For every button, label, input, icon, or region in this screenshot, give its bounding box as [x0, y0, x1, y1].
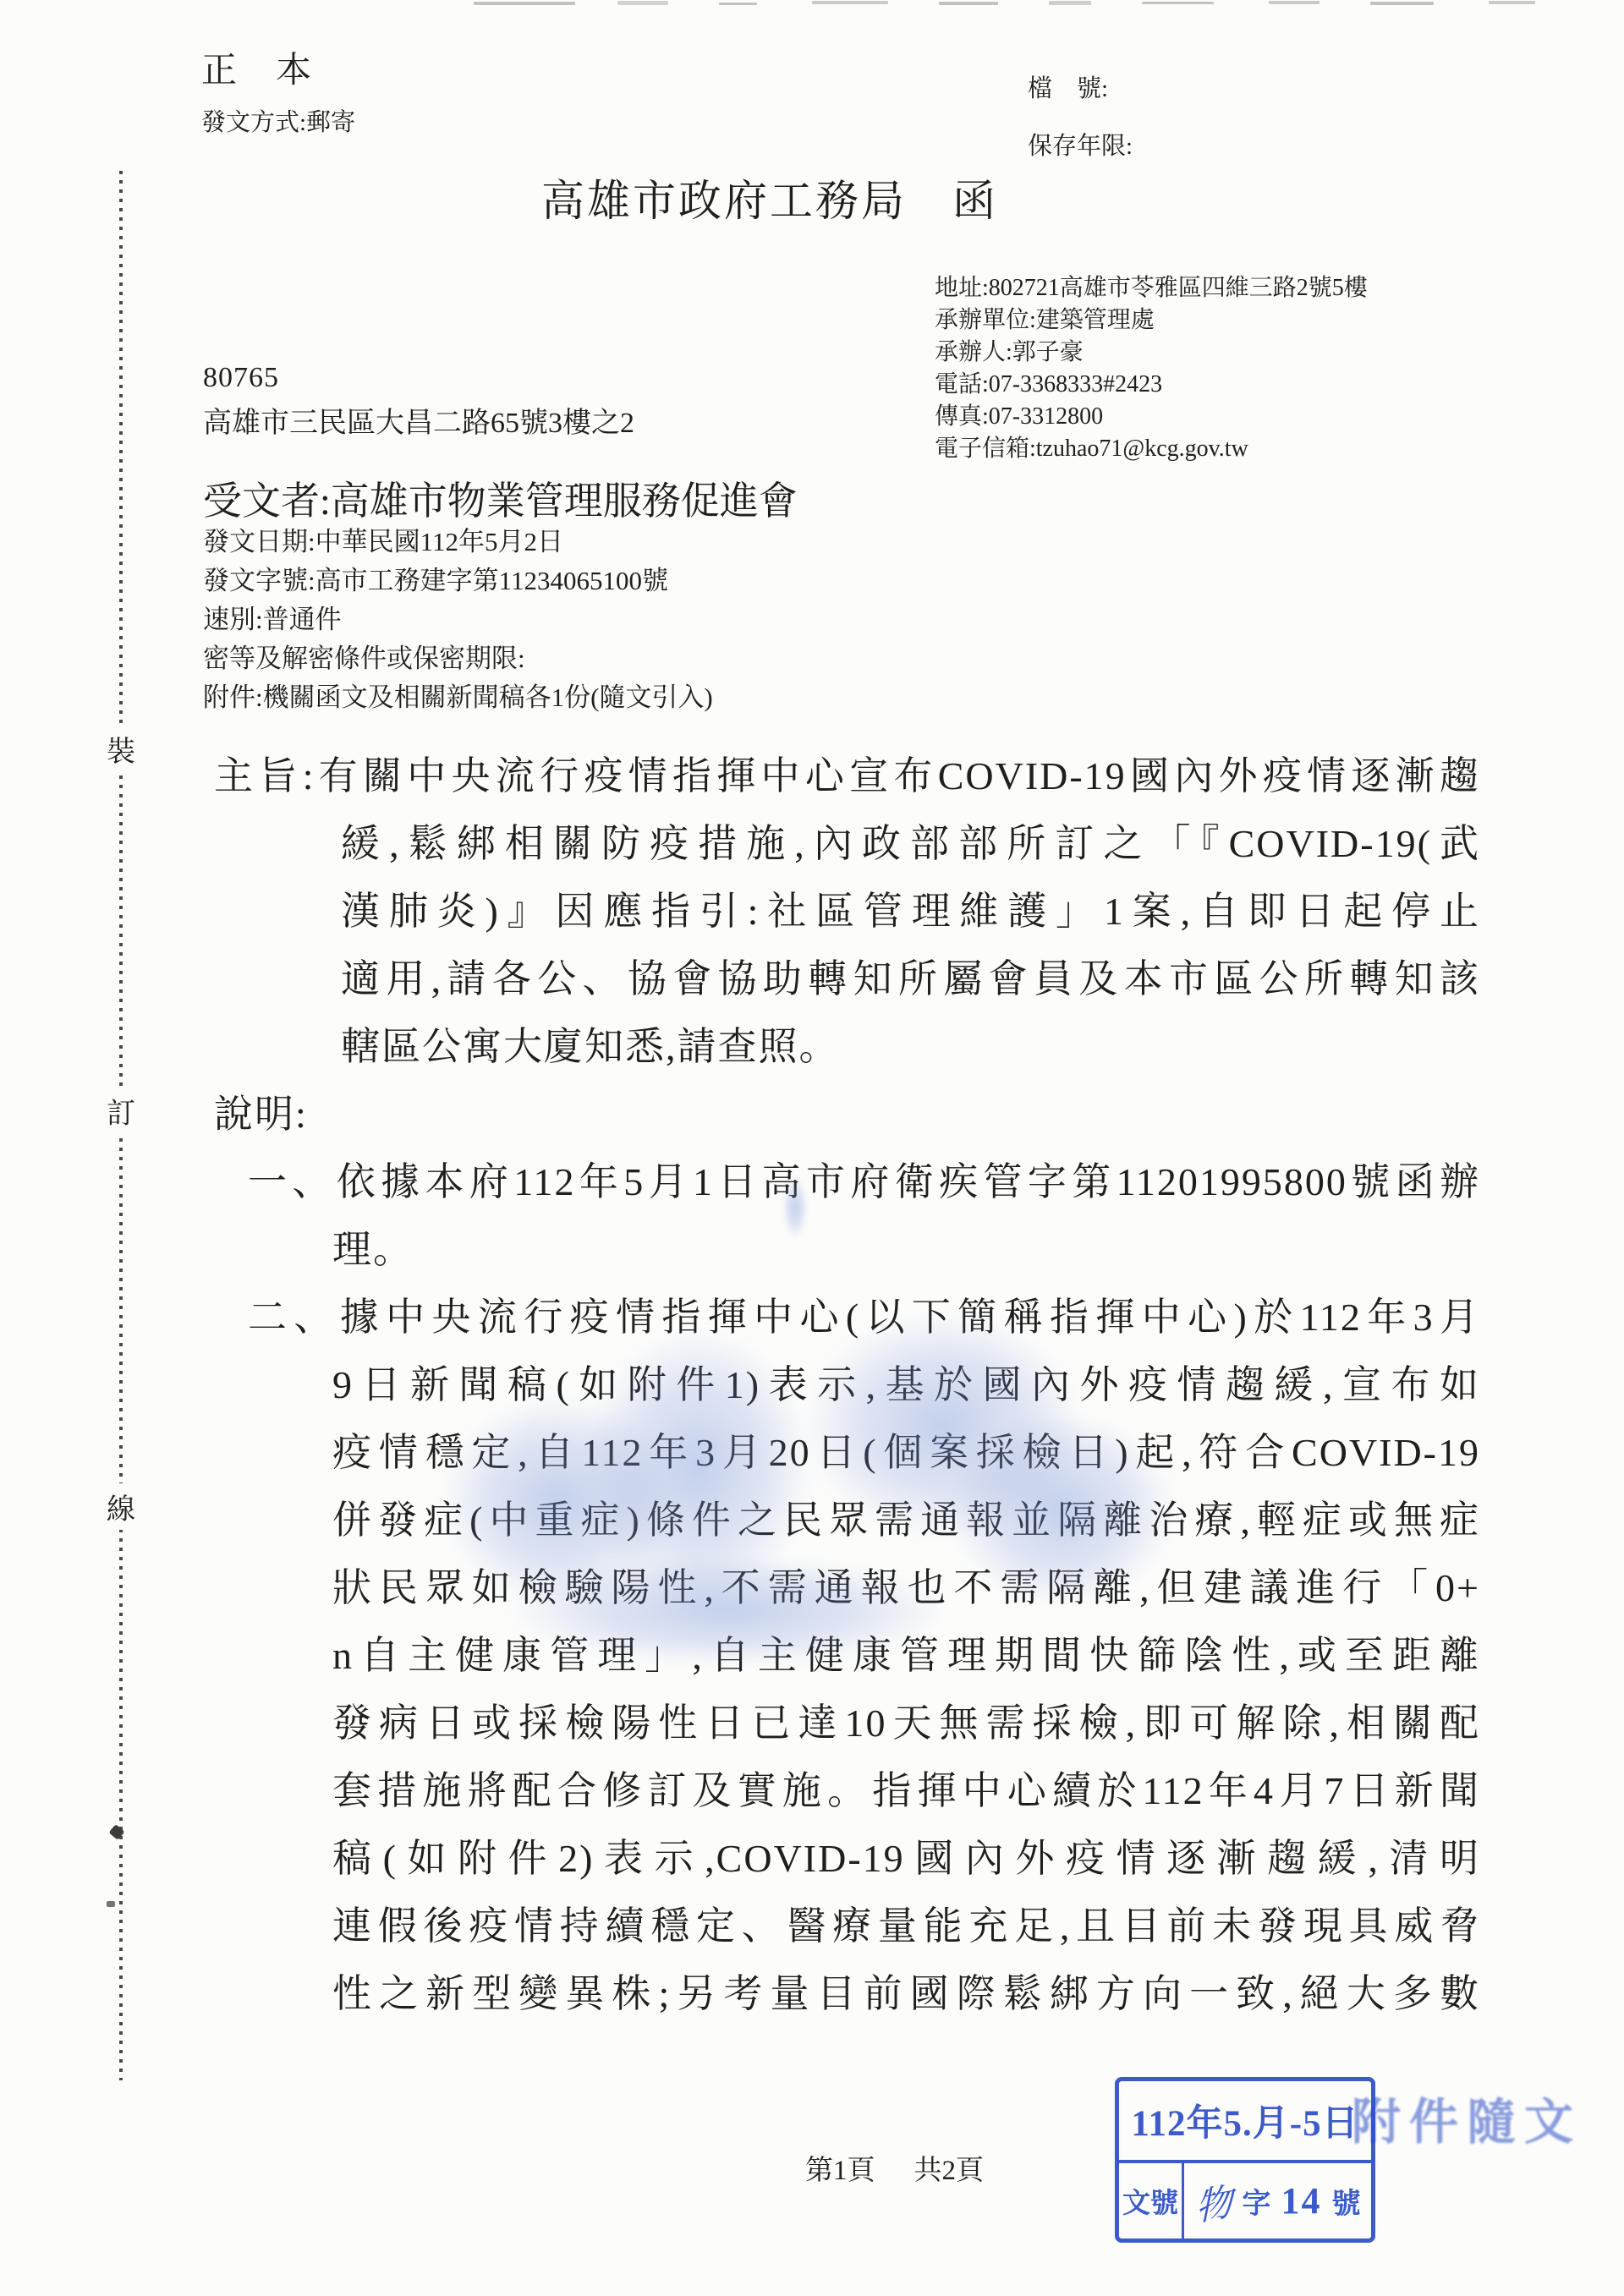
scan-artifact: [1370, 2, 1434, 5]
subject-line: 緩,鬆綁相關防疫措施,內政部部所訂之「『COVID-19(武: [214, 810, 1480, 878]
page-total: 共2頁: [914, 2148, 985, 2188]
scan-artifact: [474, 2, 575, 5]
page-footer: 第1頁 共2頁: [805, 2148, 984, 2188]
sender-contact-block: 地址:802721高雄市苓雅區四維三路2號5樓 承辦單位:建築管理處 承辦人:郭…: [935, 272, 1368, 465]
classification: 密等及解密條件或保密期限:: [203, 639, 713, 678]
explanation-item-line: 套措施將配合修訂及實施。指揮中心續於112年4月7日新聞: [214, 1757, 1480, 1825]
official-letter-page: 正 本 發文方式:郵寄 檔 號: 保存年限: 高雄市政府工務局 函 地址:802…: [0, 0, 1624, 2296]
explanation-heading: 說明:: [214, 1081, 1480, 1148]
stamp-docno-row: 文號 物 字 14 號: [1119, 2163, 1371, 2238]
item-marker: 一、: [248, 1160, 337, 1203]
scan-artifact: [1142, 2, 1214, 4]
issue-number: 發文字號:高市工務建字第11234065100號: [203, 562, 713, 600]
sender-address: 地址:802721高雄市苓雅區四維三路2號5樓: [935, 272, 1368, 304]
attachments: 附件:機關函文及相關新聞稿各1份(隨文引入): [203, 678, 713, 717]
copy-type-label: 正 本: [201, 42, 313, 93]
explanation-item-line: 稿(如附件2)表示,COVID-19國內外疫情逐漸趨緩,清明: [214, 1825, 1480, 1893]
margin-label-binding: 裝: [104, 726, 138, 772]
explanation-item-line: 一、依據本府112年5月1日高市府衛疾管字第11201995800號函辦: [214, 1148, 1480, 1216]
retention-period-label: 保存年限:: [1028, 127, 1133, 162]
ink-bleed-blob: [782, 1175, 808, 1239]
document-meta-block: 發文日期:中華民國112年5月2日 發文字號:高市工務建字第1123406510…: [203, 523, 713, 717]
ink-bleed-blob: [507, 1556, 947, 1666]
stamp-docno-label: 文號: [1119, 2163, 1184, 2238]
subject-line: 轄區公寓大廈知悉,請查照。: [214, 1013, 1480, 1081]
scan-artifact: [939, 2, 998, 5]
subject-line: 適用,請各公、協會協助轉知所屬會員及本市區公所轉知該: [214, 945, 1480, 1013]
subject-line: 主旨:有關中央流行疫情指揮中心宣布COVID-19國內外疫情逐漸趨: [214, 743, 1480, 810]
recipient-postal-code: 80765: [203, 362, 279, 394]
margin-label-staple: 訂: [104, 1088, 138, 1134]
page-number: 第1頁: [805, 2148, 875, 2188]
subject-line: 漢肺炎)』因應指引:社區管理維護」1案,自即日起停止: [214, 878, 1480, 945]
explanation-item-line: 連假後疫情持續穩定、醫療量能充足,且目前未發現具威脅: [214, 1893, 1480, 1960]
scan-artifact: [1269, 1, 1319, 4]
stamp-docno-handwritten: 物: [1194, 2170, 1233, 2231]
scan-artifact: [617, 1, 668, 5]
item-marker: 主旨:: [214, 754, 315, 797]
scan-artifact: [812, 1, 888, 4]
stamp-side-note: 附件隨文: [1352, 2082, 1582, 2153]
sender-email: 電子信箱:tzuhao71@kcg.gov.tw: [935, 433, 1368, 465]
stamp-docno-suffix: 號: [1332, 2180, 1361, 2222]
explanation-item-line: 性之新型變異株;另考量目前國際鬆綁方向一致,絕大多數: [214, 1960, 1480, 2028]
priority: 速別:普通件: [203, 600, 713, 639]
stamp-date: 112年5.月-5日: [1119, 2081, 1371, 2163]
sender-person: 承辦人:郭子豪: [935, 337, 1368, 369]
recipient-line: 受文者:高雄市物業管理服務促進會: [203, 470, 798, 526]
stamp-docno-type: 字: [1243, 2180, 1271, 2222]
stamp-docno-value: 物 字 14 號: [1184, 2174, 1371, 2228]
scan-artifact: [719, 3, 757, 5]
sender-unit: 承辦單位:建築管理處: [935, 304, 1368, 337]
margin-label-thread: 線: [104, 1483, 138, 1530]
item-marker: 二、: [248, 1296, 340, 1339]
delivery-method: 發文方式:郵寄: [201, 103, 355, 138]
explanation-item-line: 發病日或採檢陽性日已達10天無需採檢,即可解除,相關配: [214, 1690, 1480, 1757]
recipient-address: 高雄市三民區大昌二路65號3樓之2: [203, 399, 634, 441]
received-stamp: 112年5.月-5日 文號 物 字 14 號: [1115, 2077, 1375, 2243]
sender-fax: 傳真:07-3312800: [935, 401, 1368, 433]
document-title: 高雄市政府工務局 函: [541, 166, 998, 228]
file-number-label: 檔 號:: [1028, 69, 1108, 104]
stamp-docno-number: 14: [1281, 2179, 1322, 2222]
scan-artifact: [1489, 1, 1535, 4]
issue-date: 發文日期:中華民國112年5月2日: [203, 523, 713, 562]
sender-phone: 電話:07-3368333#2423: [935, 369, 1368, 401]
scan-artifact: [1049, 1, 1091, 5]
ink-speck: [107, 1901, 115, 1907]
explanation-item-line: 理。: [214, 1216, 1480, 1284]
